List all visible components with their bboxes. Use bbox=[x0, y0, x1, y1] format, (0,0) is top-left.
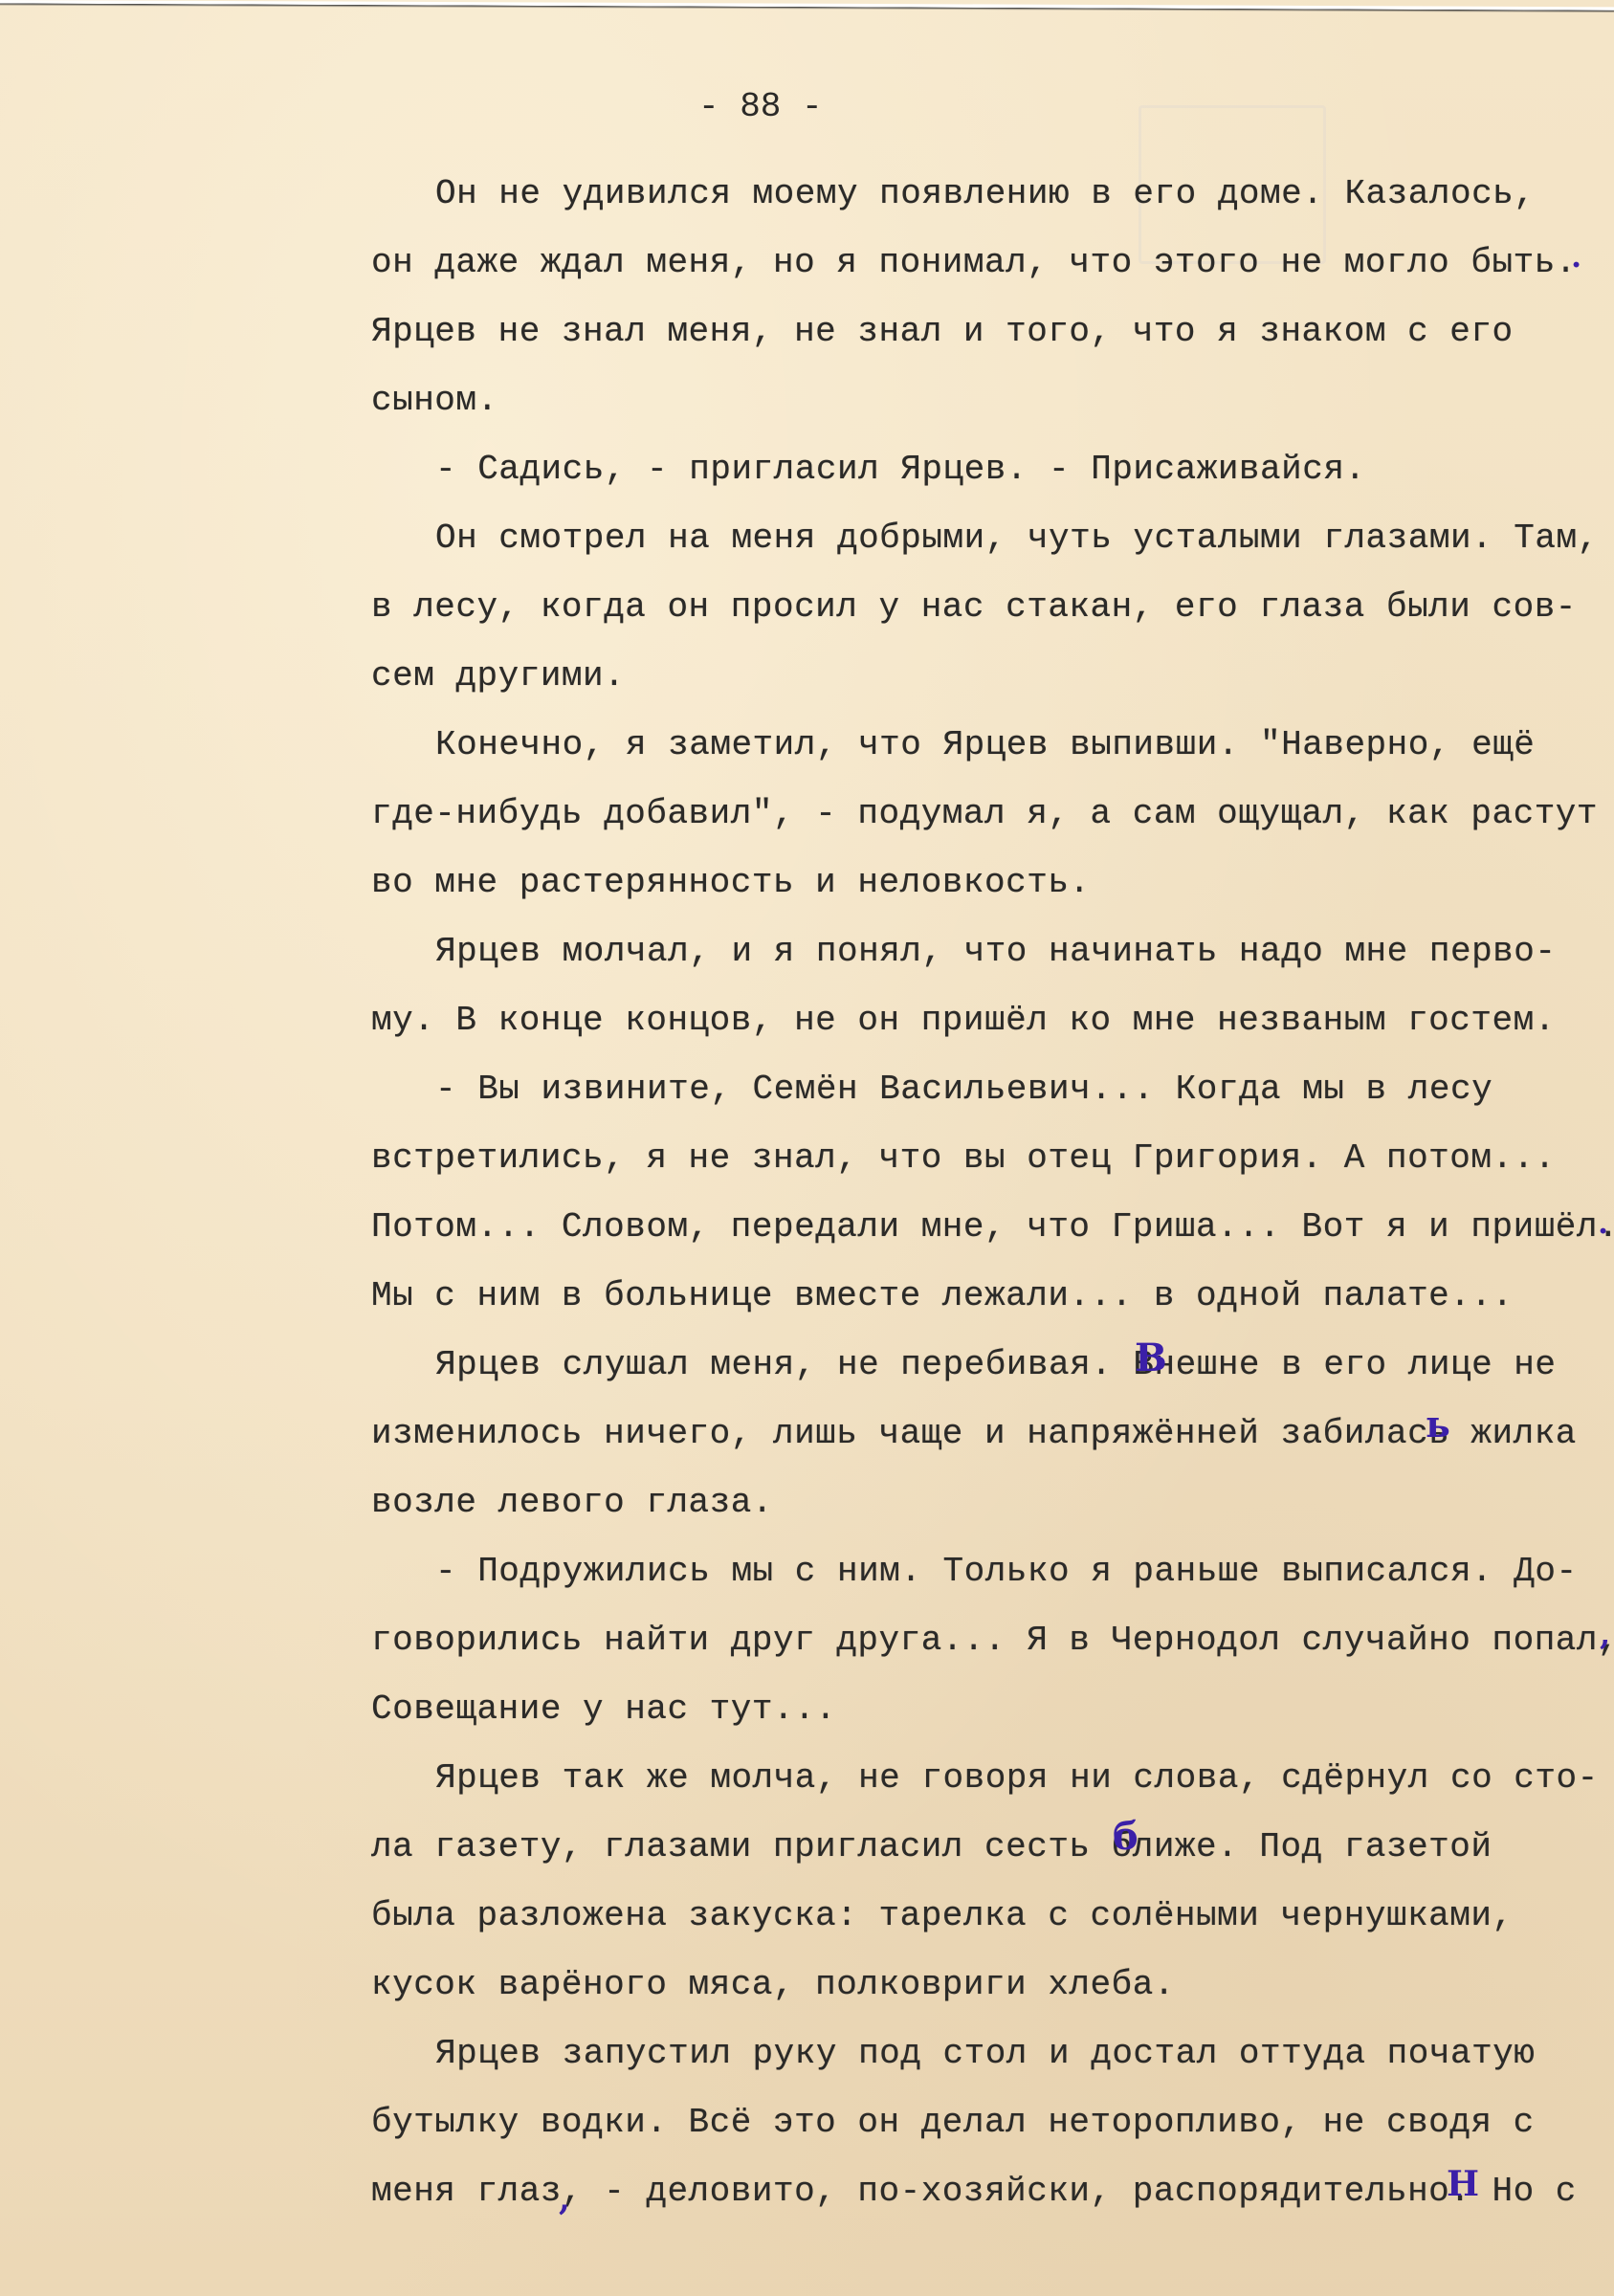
handwritten-correction: , bbox=[559, 2183, 570, 2216]
handwritten-correction: ь bbox=[1426, 1406, 1450, 1443]
text-line: была разложена закуска: тарелка с солёны… bbox=[371, 1897, 1514, 1935]
text-line: бутылку водки. Всё это он делал неторопл… bbox=[371, 2104, 1535, 2142]
text-line: - Садись, - пригласил Ярцев. - Присажива… bbox=[435, 451, 1366, 489]
text-line: Конечно, я заметил, что Ярцев выпивши. "… bbox=[435, 726, 1535, 764]
page-number: - 88 - bbox=[698, 88, 823, 126]
page-top-edge bbox=[0, 0, 1614, 12]
handwritten-correction: б bbox=[1113, 1818, 1139, 1856]
paper-page: - 88 - Он не удивился моему появлению в … bbox=[0, 0, 1614, 2296]
text-line: Ярцев молчал, и я понял, что начинать на… bbox=[435, 933, 1557, 971]
text-line: ла газету, глазами пригласил сесть ближе… bbox=[371, 1828, 1492, 1866]
text-line: он даже ждал меня, но я понимал, что это… bbox=[371, 244, 1577, 282]
handwritten-correction: . bbox=[1571, 241, 1581, 272]
text-line: Потом... Словом, передали мне, что Гриша… bbox=[371, 1208, 1614, 1247]
text-line: Мы с ним в больнице вместе лежали... в о… bbox=[371, 1277, 1514, 1315]
text-line: встретились, я не знал, что вы отец Григ… bbox=[371, 1139, 1556, 1178]
text-line: Совещание у нас тут... bbox=[371, 1690, 836, 1729]
text-line: му. В конце концов, не он пришёл ко мне … bbox=[371, 1002, 1556, 1040]
text-line: Ярцев запустил руку под стол и достал от… bbox=[435, 2035, 1535, 2073]
text-line: - Вы извините, Семён Васильевич... Когда… bbox=[435, 1071, 1492, 1109]
text-line: Ярцев не знал меня, не знал и того, что … bbox=[371, 313, 1514, 351]
text-line: возле левого глаза. bbox=[371, 1484, 773, 1522]
text-line: меня глаз, - деловито, по-хозяйски, расп… bbox=[371, 2173, 1577, 2211]
handwritten-correction: Н bbox=[1447, 2167, 1479, 2201]
text-line: Он не удивился моему появлению в его дом… bbox=[435, 175, 1535, 213]
text-line: говорились найти друг друга... Я в Черно… bbox=[371, 1622, 1614, 1660]
handwritten-correction: В bbox=[1135, 1339, 1167, 1378]
handwritten-correction: . bbox=[1598, 1207, 1608, 1238]
text-line: Ярцев так же молча, не говоря ни слова, … bbox=[435, 1759, 1599, 1798]
text-line: - Подружились мы с ним. Только я раньше … bbox=[435, 1553, 1578, 1591]
text-line: кусок варёного мяса, полковриги хлеба. bbox=[371, 1966, 1175, 2004]
text-line: во мне растерянность и неловкость. bbox=[371, 864, 1091, 902]
text-line: сем другими. bbox=[371, 657, 625, 695]
text-line: где-нибудь добавил", - подумал я, а сам … bbox=[371, 795, 1598, 833]
text-line: в лесу, когда он просил у нас стакан, ег… bbox=[371, 588, 1577, 627]
text-line: сыном. bbox=[371, 382, 498, 420]
text-line: Ярцев слушал меня, не перебивая. Внешне … bbox=[435, 1346, 1557, 1384]
handwritten-correction: , bbox=[1600, 1619, 1610, 1649]
text-line: изменилось ничего, лишь чаще и напряжённ… bbox=[371, 1415, 1577, 1453]
text-line: Он смотрел на меня добрыми, чуть усталым… bbox=[435, 519, 1599, 558]
